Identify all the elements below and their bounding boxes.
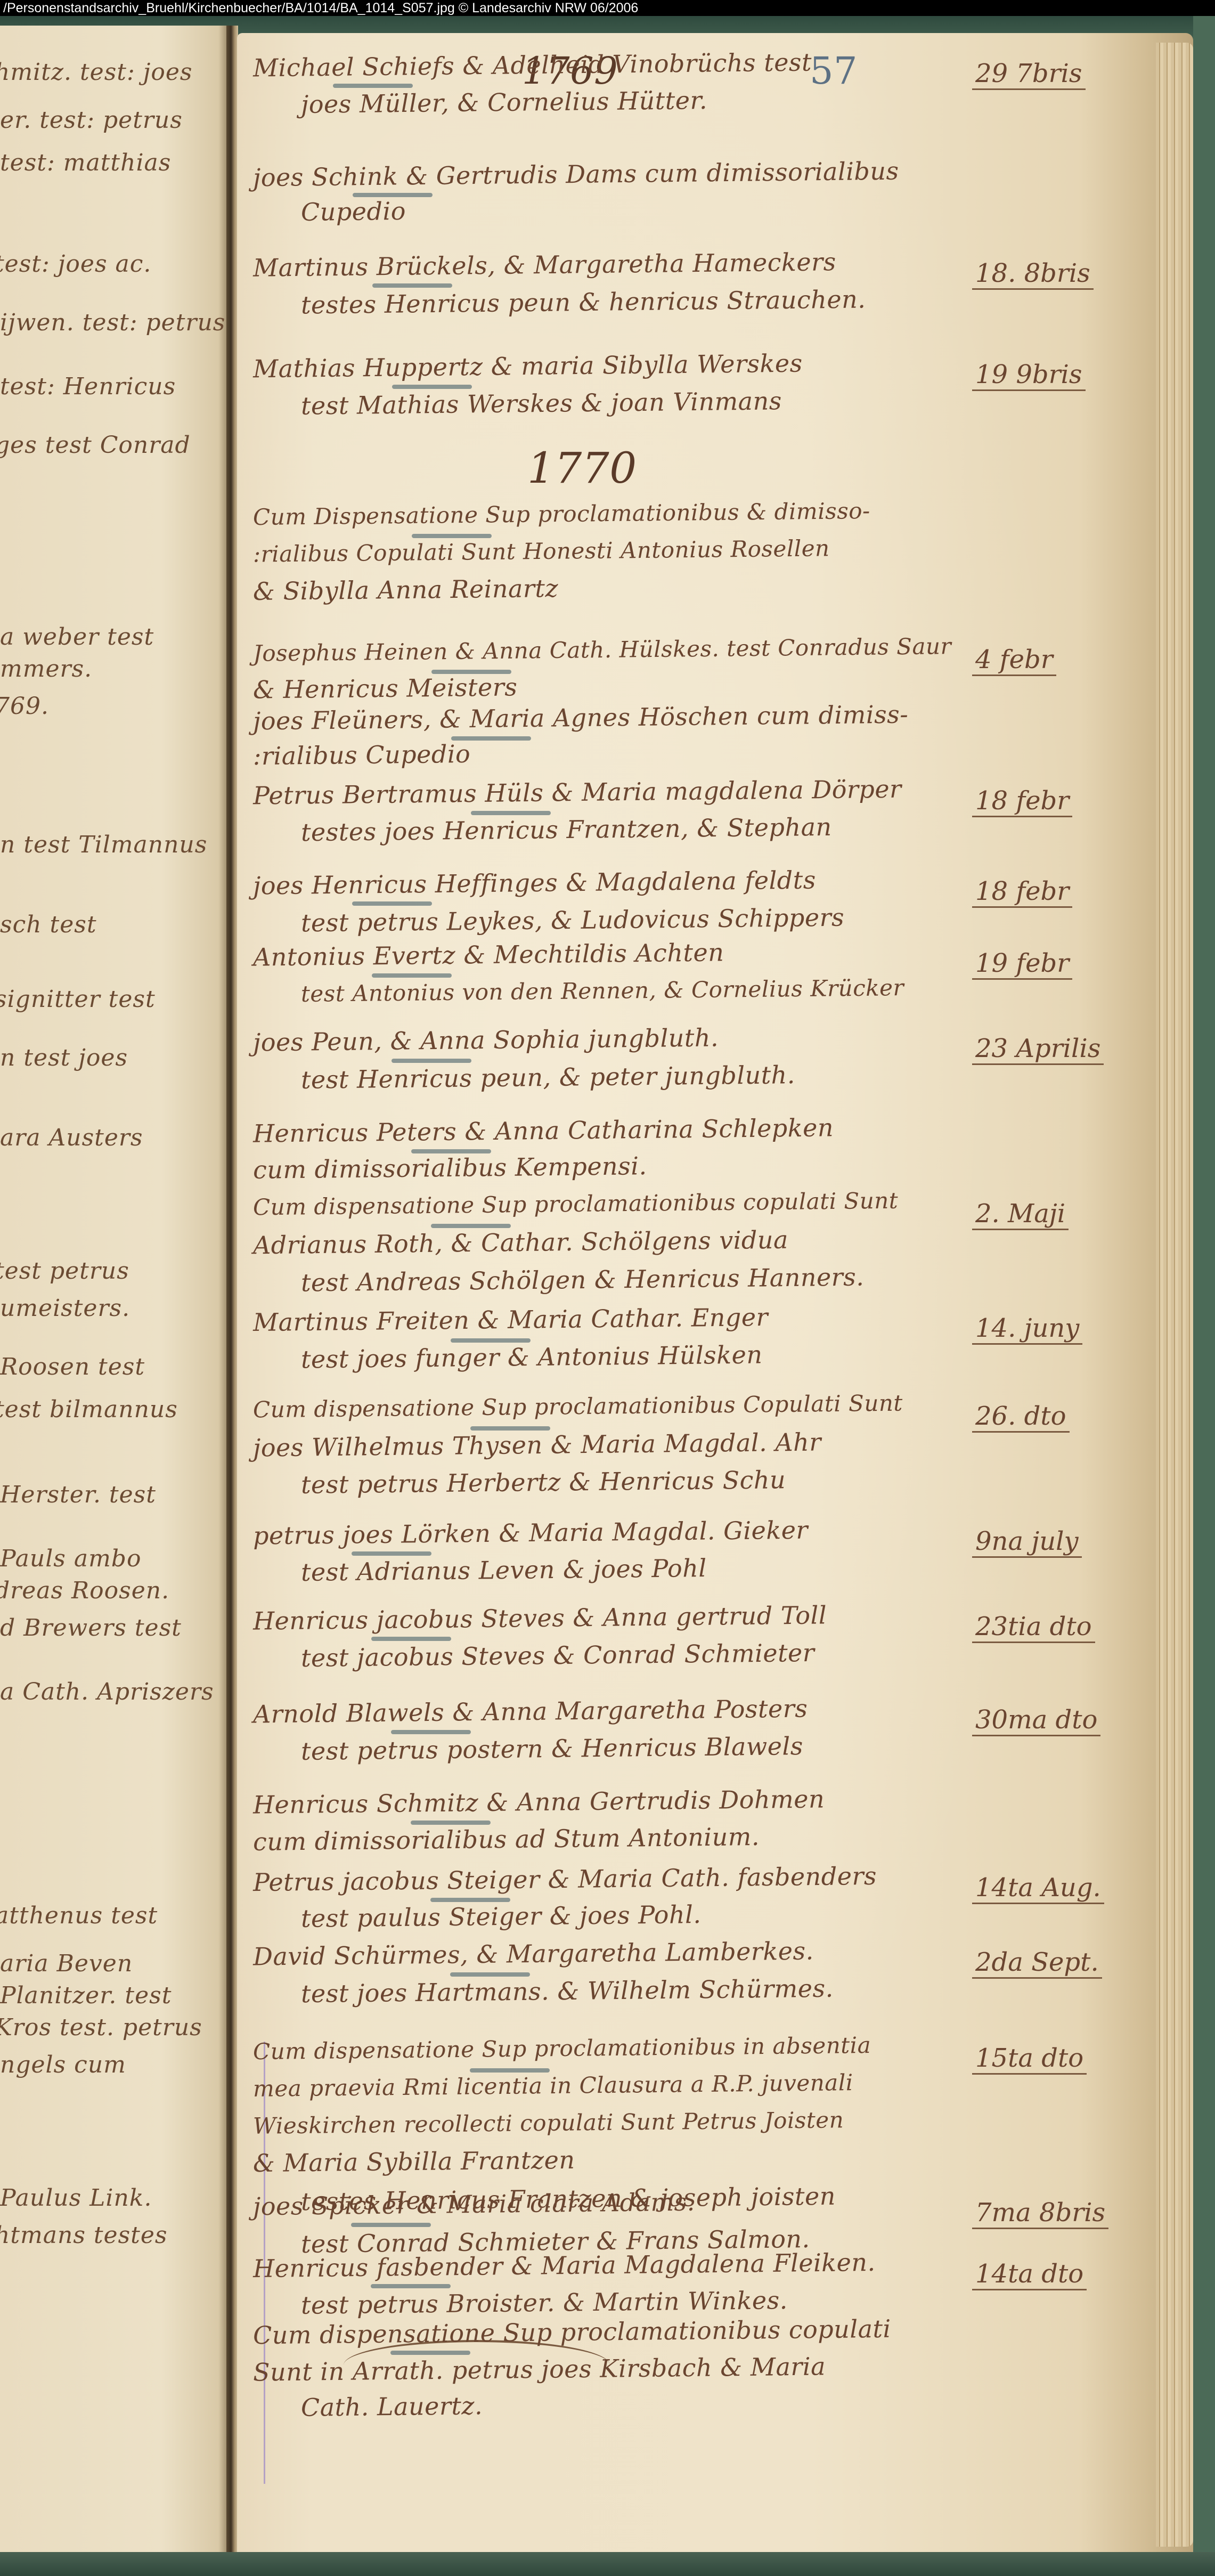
pencil-underline <box>430 1898 510 1902</box>
entry-line: test joes Hartmans. & Wilhelm Schürmes. <box>301 1974 834 2008</box>
entry-line: joes Wilhelmus Thysen & Maria Magdal. Ah… <box>253 1427 821 1462</box>
entry-line: Martinus Freiten & Maria Cathar. Enger <box>253 1303 769 1337</box>
pencil-underline <box>450 1972 530 1977</box>
pencil-underline <box>471 811 551 815</box>
entry-line: joes Spicker & Maria clara Adams. <box>253 2188 695 2221</box>
pencil-underline <box>470 1426 550 1431</box>
entry-date: 19 febr <box>972 948 1072 980</box>
folio-number: 57 <box>810 49 858 93</box>
pencil-underline <box>451 736 531 741</box>
entry-line: petrus joes Lörken & Maria Magdal. Gieke… <box>253 1516 808 1550</box>
entry-line: test petrus postern & Henricus Blawels <box>301 1732 803 1766</box>
entry-line: Arnold Blawels & Anna Margaretha Posters <box>253 1694 808 1729</box>
entry-line: Cupedio <box>301 197 406 226</box>
entry-line: David Schürmes, & Margaretha Lamberkes. <box>253 1936 814 1971</box>
entry-line: :rialibus Copulati Sunt Honesti Antonius… <box>253 535 830 567</box>
entry-date: 26. dto <box>972 1401 1070 1433</box>
left-page-fragment: atthenus test <box>0 1902 158 1929</box>
entry-line: & Henricus Meisters <box>253 672 518 704</box>
entry-date: 23 Aprilis <box>972 1034 1104 1065</box>
left-page-fragment: ijwen. test: petrus <box>0 309 225 336</box>
entry-line: cum dimissorialibus ad Stum Antonium. <box>253 1822 760 1856</box>
entry-line: Adrianus Roth, & Cathar. Schölgens vidua <box>253 1225 788 1260</box>
right-page: 1769 57 1770 Michael Schiefs & Adelheid … <box>237 33 1193 2556</box>
entry-line: test petrus Leykes, & Ludovicus Schipper… <box>301 903 845 938</box>
entry-line: test petrus Herbertz & Henricus Schu <box>301 1465 786 1499</box>
entry-line: test Antonius von den Rennen, & Corneliu… <box>301 974 904 1007</box>
entry-date: 29 7bris <box>972 59 1086 90</box>
left-page-fragment: d Brewers test <box>0 1614 182 1642</box>
pencil-underline <box>431 670 511 674</box>
entry-line: & Maria Sybilla Frantzen <box>253 2146 575 2177</box>
pencil-underline <box>372 283 452 288</box>
left-page-fragment: ara Austers <box>0 1124 143 1151</box>
entry-line: Henricus Peters & Anna Catharina Schlepk… <box>253 1113 834 1148</box>
left-page-fragment: Pauls ambo <box>0 1545 141 1572</box>
left-page-fragment: mmers. <box>0 655 92 682</box>
pencil-underline <box>411 1821 491 1825</box>
entry-line: Cath. Lauertz. <box>301 2391 483 2422</box>
entry-date: 23tia dto <box>972 1612 1095 1643</box>
left-page-fragment: aria Beven <box>0 1950 133 1977</box>
entry-date: 2. Maji <box>972 1199 1069 1230</box>
left-page-fragment: test: matthias <box>0 149 171 176</box>
pencil-underline <box>371 1637 451 1641</box>
entry-line: Cum dispensatione Sup proclamationibus c… <box>253 1188 899 1221</box>
left-page-fragment: sch test <box>0 911 97 938</box>
pencil-underline <box>392 385 472 389</box>
pencil-underline <box>431 1224 511 1228</box>
left-page-fragment: Kros test. petrus <box>0 2014 202 2041</box>
entry-date: 19 9bris <box>972 360 1086 391</box>
left-page-fragment: a weber test <box>0 623 154 651</box>
entry-line: Cum Dispensatione Sup proclamationibus &… <box>253 498 870 530</box>
pencil-underline <box>353 193 433 197</box>
pencil-underline <box>451 1338 531 1343</box>
pencil-underline <box>333 84 413 88</box>
left-page-fragment: ges test Conrad <box>0 432 191 459</box>
entry-line: test joes funger & Antonius Hülsken <box>301 1340 763 1374</box>
entry-line: mea praevia Rmi licentia in Clausura a R… <box>253 2069 853 2102</box>
entry-date: 7ma 8bris <box>972 2198 1108 2229</box>
left-page-fragment: test: joes ac. <box>0 250 151 278</box>
book-cover-right <box>1193 16 1215 2576</box>
left-page-fragment: Paulus Link. <box>0 2184 152 2212</box>
entry-date: 15ta dto <box>972 2043 1087 2075</box>
entry-line: joes Henricus Heffinges & Magdalena feld… <box>253 865 816 900</box>
left-page-fragment: test: Henricus <box>0 373 176 400</box>
entry-line: test petrus Broister. & Martin Winkes. <box>301 2286 788 2320</box>
left-page-fragment: ngels cum <box>0 2051 126 2078</box>
left-page-fragment: Roosen test <box>0 1353 145 1380</box>
entry-line: Wieskirchen recollecti copulati Sunt Pet… <box>253 2107 844 2139</box>
entry-line: Josephus Heinen & Anna Cath. Hülskes. te… <box>253 633 952 667</box>
entry-line: Mathias Huppertz & maria Sibylla Werskes <box>253 349 803 384</box>
entry-line: Petrus Bertramus Hüls & Maria magdalena … <box>253 775 902 810</box>
entry-date: 14ta Aug. <box>972 1873 1104 1904</box>
entry-date: 2da Sept. <box>972 1947 1102 1979</box>
pencil-underline <box>371 2284 451 2288</box>
pencil-underline <box>351 2223 431 2227</box>
left-page-fragment: er. test: petrus <box>0 107 183 134</box>
entry-line: Sunt in Arrath. petrus joes Kirsbach & M… <box>253 2352 826 2386</box>
entry-line: test Adrianus Leven & joes Pohl <box>301 1554 707 1587</box>
book-gutter <box>226 26 238 2556</box>
entry-line: joes Fleüners, & Maria Agnes Höschen cum… <box>253 700 909 736</box>
pencil-underline <box>470 2068 550 2073</box>
left-page: hmitz. test: joeser. test: petrustest: m… <box>0 26 230 2556</box>
pencil-underline <box>390 2351 470 2355</box>
left-page-fragment: 769. <box>0 693 49 720</box>
pencil-underline <box>392 1059 471 1063</box>
entry-date: 30ma dto <box>972 1705 1100 1736</box>
entry-date: 14ta dto <box>972 2259 1087 2290</box>
archive-caption: /Personenstandsarchiv_Bruehl/Kirchenbuec… <box>0 0 1215 16</box>
entry-line: testes joes Henricus Frantzen, & Stephan <box>301 812 832 847</box>
left-page-fragment: n test joes <box>0 1044 128 1071</box>
entry-line: testes Henricus peun & henricus Strauche… <box>301 285 866 319</box>
left-page-fragment: n test Tilmannus <box>0 831 207 858</box>
left-page-fragment: test bilmannus <box>0 1396 178 1423</box>
page-edges <box>1156 43 1193 2547</box>
pencil-underline <box>412 534 492 538</box>
entry-line: Henricus Schmitz & Anna Gertrudis Dohmen <box>253 1784 825 1819</box>
pencil-underline <box>372 973 452 978</box>
entry-line: Cum dispensatione Sup proclamationibus C… <box>253 1390 903 1423</box>
entry-line: Michael Schiefs & Adelheid Vinobrüchs te… <box>253 48 812 83</box>
entry-date: 18 febr <box>972 786 1072 817</box>
left-page-fragment: Herster. test <box>0 1481 156 1508</box>
entry-line: joes Peun, & Anna Sophia jungbluth. <box>253 1023 719 1057</box>
entry-line: Cum dispensatione Sup proclamationibus i… <box>253 2032 871 2065</box>
entry-line: Henricus jacobus Steves & Anna gertrud T… <box>253 1600 827 1635</box>
entry-line: Henricus fasbender & Maria Magdalena Fle… <box>253 2248 876 2283</box>
entry-date: 14. juny <box>972 1313 1082 1345</box>
entry-line: test Henricus peun, & peter jungbluth. <box>301 1060 795 1094</box>
entry-line: Antonius Evertz & Mechtildis Achten <box>253 938 724 971</box>
entry-line: test paulus Steiger & joes Pohl. <box>301 1900 702 1933</box>
left-page-fragment: signitter test <box>0 986 156 1013</box>
pencil-underline <box>411 1149 491 1153</box>
entry-line: :rialibus Cupedio <box>253 740 471 770</box>
entry-line: Petrus jacobus Steiger & Maria Cath. fas… <box>253 1862 877 1897</box>
pencil-underline <box>391 1730 471 1734</box>
entry-date: 4 febr <box>972 645 1056 676</box>
entry-line: & Sibylla Anna Reinartz <box>253 574 559 606</box>
entry-line: cum dimissorialibus Kempensi. <box>253 1151 647 1184</box>
entry-line: test jacobus Steves & Conrad Schmieter <box>301 1638 815 1672</box>
entry-line: joes Schink & Gertrudis Dams cum dimisso… <box>253 157 899 192</box>
entry-line: test Andreas Schölgen & Henricus Hanners… <box>301 1262 865 1297</box>
left-page-fragment: htmans testes <box>0 2222 167 2249</box>
entry-line: joes Müller, & Cornelius Hütter. <box>301 86 708 119</box>
book-cover-bottom <box>0 2552 1215 2576</box>
entry-date: 18. 8bris <box>972 258 1094 290</box>
left-page-fragment: umeisters. <box>0 1295 130 1322</box>
pencil-underline <box>352 901 432 906</box>
entry-date: 9na july <box>972 1526 1082 1558</box>
section-year: 1770 <box>527 443 637 493</box>
left-page-fragment: hmitz. test: joes <box>0 59 193 86</box>
pencil-underline <box>352 1551 431 1556</box>
left-page-fragment: test petrus <box>0 1257 129 1285</box>
left-page-fragment: Planitzer. test <box>0 1982 172 2009</box>
entry-line: test Mathias Werskes & joan Vinmans <box>301 386 782 420</box>
left-page-fragment: dreas Roosen. <box>0 1577 169 1604</box>
entry-date: 18 febr <box>972 876 1072 908</box>
entry-line: Cum dispensatione Sup proclamationibus c… <box>253 2314 891 2350</box>
left-page-fragment: a Cath. Apriszers <box>0 1678 214 1705</box>
entry-line: Martinus Brückels, & Margaretha Hamecker… <box>253 247 836 282</box>
